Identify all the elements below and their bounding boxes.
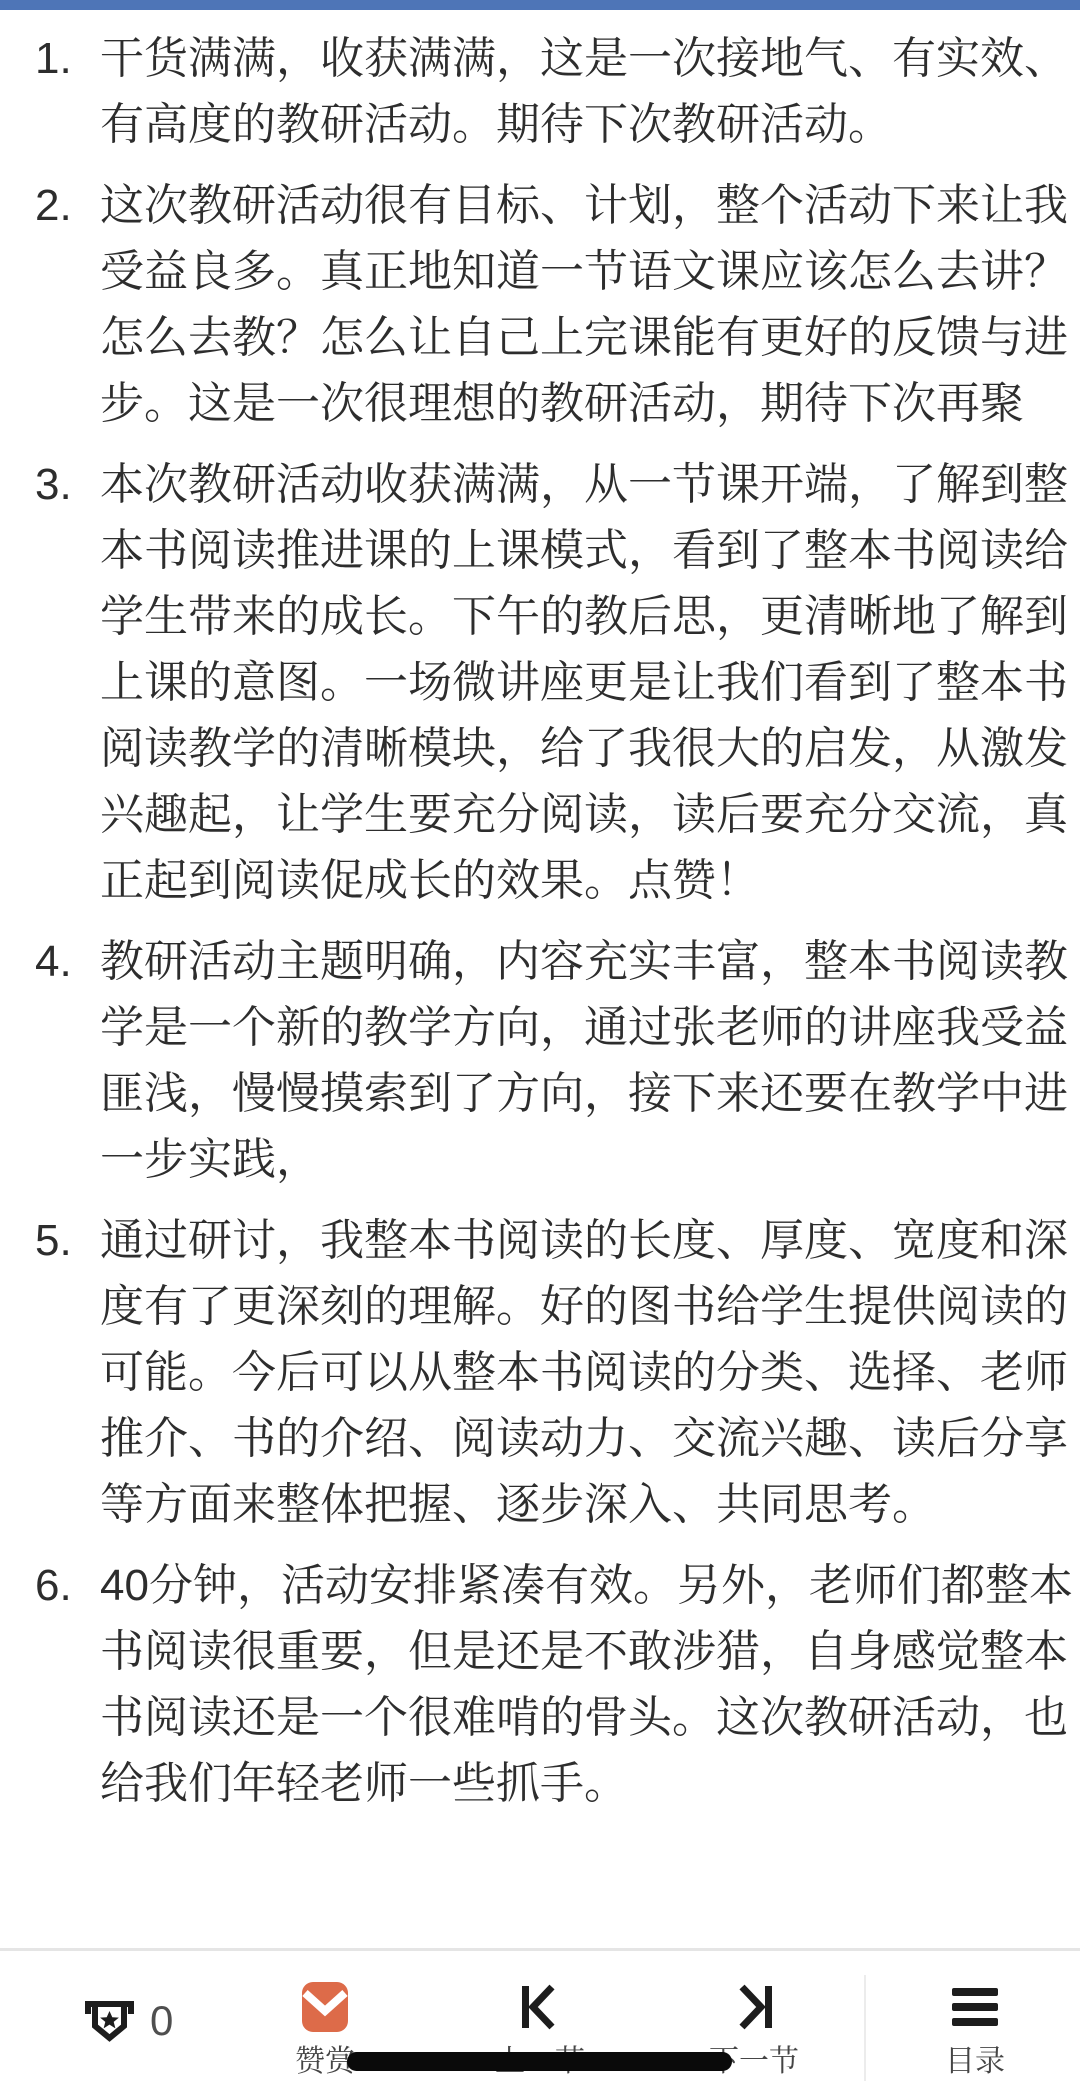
list-item: 2. 这次教研活动很有目标、计划，整个活动下来让我受益良多。真正地知道一节语文课… [35, 173, 1080, 437]
badge-count: 0 [150, 1998, 173, 2044]
list-item: 6. 40分钟，活动安排紧凑有效。另外，老师们都整本书阅读很重要，但是还是不敢涉… [35, 1553, 1080, 1817]
badge-count-group[interactable]: 0 [83, 1998, 173, 2044]
list-item: 3. 本次教研活动收获满满，从一节课开端，了解到整本书阅读推进课的上课模式，看到… [35, 452, 1080, 914]
item-number: 2. [35, 173, 100, 437]
item-text: 教研活动主题明确，内容充实丰富，整本书阅读教学是一个新的教学方向，通过张老师的讲… [100, 929, 1080, 1193]
item-number: 4. [35, 929, 100, 1193]
badge-star-icon [83, 1999, 136, 2044]
item-text: 干货满满，收获满满，这是一次接地气、有实效、有高度的教研活动。期待下次教研活动。 [100, 26, 1080, 158]
item-text: 通过研讨，我整本书阅读的长度、厚度、宽度和深度有了更深刻的理解。好的图书给学生提… [100, 1208, 1080, 1538]
item-text: 40分钟，活动安排紧凑有效。另外，老师们都整本书阅读很重要，但是还是不敢涉猎，自… [100, 1553, 1080, 1817]
toc-menu-icon [952, 1988, 998, 2026]
item-number: 3. [35, 452, 100, 914]
item-text: 这次教研活动很有目标、计划，整个活动下来让我受益良多。真正地知道一节语文课应该怎… [100, 173, 1080, 437]
list-item: 1. 干货满满，收获满满，这是一次接地气、有实效、有高度的教研活动。期待下次教研… [35, 26, 1080, 158]
item-number: 6. [35, 1553, 100, 1817]
list-item: 4. 教研活动主题明确，内容充实丰富，整本书阅读教学是一个新的教学方向，通过张老… [35, 929, 1080, 1193]
redaction-bar [347, 2052, 732, 2071]
toc-label: 目录 [945, 2045, 1005, 2079]
next-section-icon [734, 1984, 774, 2030]
toc-button[interactable]: 目录 [943, 1980, 1007, 2079]
list-item: 5. 通过研讨，我整本书阅读的长度、厚度、宽度和深度有了更深刻的理解。好的图书给… [35, 1208, 1080, 1538]
tip-envelope-icon [302, 1982, 348, 2032]
toolbar-vertical-divider [864, 1975, 866, 2081]
prev-section-icon [520, 1984, 560, 2030]
comment-list: 1. 干货满满，收获满满，这是一次接地气、有实效、有高度的教研活动。期待下次教研… [0, 0, 1080, 1832]
item-text: 本次教研活动收获满满，从一节课开端，了解到整本书阅读推进课的上课模式，看到了整本… [100, 452, 1080, 914]
bottom-toolbar: 0 赞赏 上一节 下一节 [0, 1951, 1080, 2090]
item-number: 5. [35, 1208, 100, 1538]
item-number: 1. [35, 26, 100, 158]
tip-label: 赞赏 [295, 2045, 355, 2079]
